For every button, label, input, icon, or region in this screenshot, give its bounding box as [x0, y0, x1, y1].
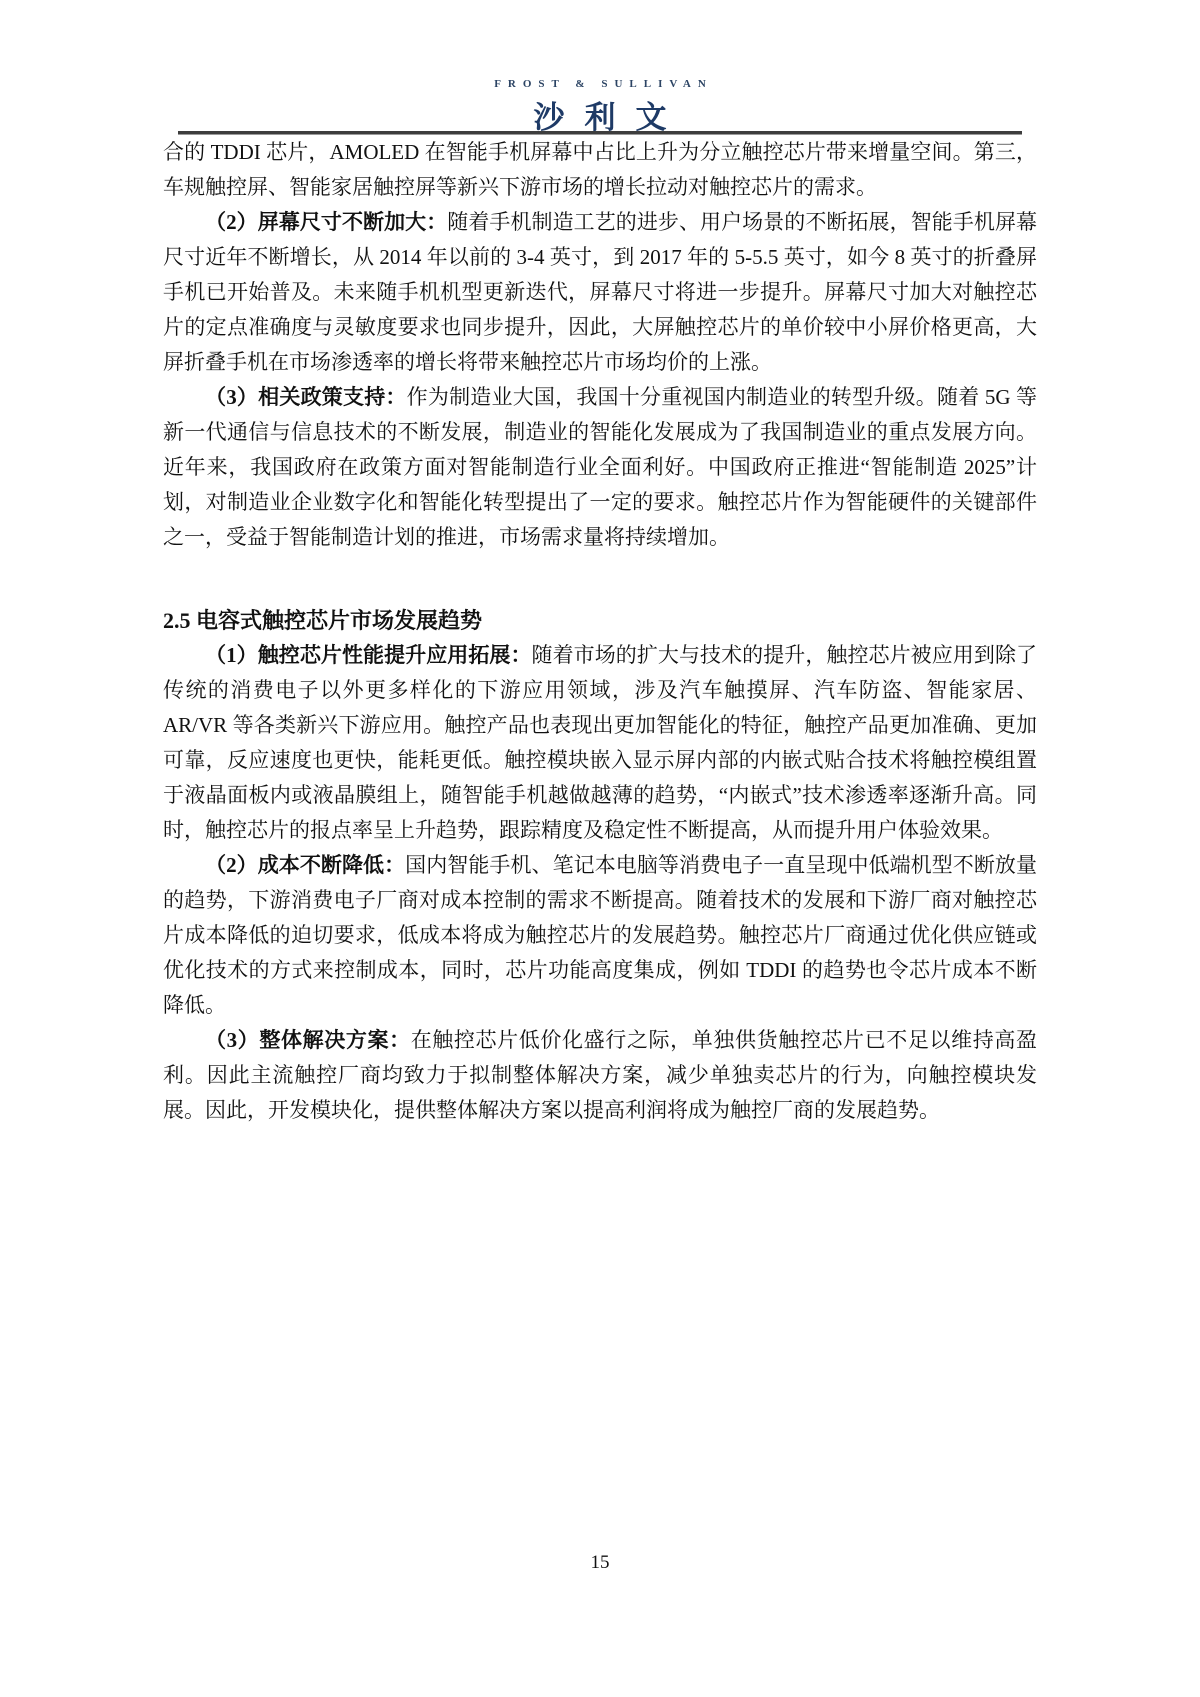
document-body: 合的 TDDI 芯片，AMOLED 在智能手机屏幕中占比上升为分立触控芯片带来增…	[163, 135, 1037, 1128]
paragraph-continuation: 合的 TDDI 芯片，AMOLED 在智能手机屏幕中占比上升为分立触控芯片带来增…	[163, 135, 1037, 205]
paragraph-policy-support-lead: （3）相关政策支持：	[205, 385, 407, 409]
paragraph-continuation-text: 合的 TDDI 芯片，AMOLED 在智能手机屏幕中占比上升为分立触控芯片带来增…	[163, 140, 1037, 199]
paragraph-performance-expansion-lead: （1）触控芯片性能提升应用拓展：	[205, 643, 532, 667]
paragraph-total-solution-lead: （3）整体解决方案：	[205, 1028, 411, 1052]
page-footer: 15	[0, 1552, 1200, 1574]
paragraph-screen-size: （2）屏幕尺寸不断加大：随着手机制造工艺的进步、用户场景的不断拓展，智能手机屏幕…	[163, 205, 1037, 380]
paragraph-policy-support: （3）相关政策支持：作为制造业大国，我国十分重视国内制造业的转型升级。随着 5G…	[163, 380, 1037, 555]
section-heading: 2.5 电容式触控芯片市场发展趋势	[163, 603, 1037, 638]
paragraph-performance-expansion: （1）触控芯片性能提升应用拓展：随着市场的扩大与技术的提升，触控芯片被应用到除了…	[163, 638, 1037, 848]
paragraph-cost-reduction-text: 国内智能手机、笔记本电脑等消费电子一直呈现中低端机型不断放量的趋势，下游消费电子…	[163, 853, 1037, 1017]
paragraph-cost-reduction-lead: （2）成本不断降低：	[205, 853, 405, 877]
document-page: FROST & SULLIVAN 沙利文 合的 TDDI 芯片，AMOLED 在…	[0, 0, 1200, 1697]
paragraph-policy-support-text: 作为制造业大国，我国十分重视国内制造业的转型升级。随着 5G 等新一代通信与信息…	[163, 385, 1037, 549]
paragraph-screen-size-lead: （2）屏幕尺寸不断加大：	[205, 210, 447, 234]
paragraph-cost-reduction: （2）成本不断降低：国内智能手机、笔记本电脑等消费电子一直呈现中低端机型不断放量…	[163, 848, 1037, 1023]
page-number: 15	[591, 1552, 610, 1573]
paragraph-screen-size-text: 随着手机制造工艺的进步、用户场景的不断拓展，智能手机屏幕尺寸近年不断增长，从 2…	[163, 210, 1037, 374]
frost-sullivan-logo: FROST & SULLIVAN 沙利文	[0, 78, 1200, 137]
logo-english-text: FROST & SULLIVAN	[0, 78, 1200, 90]
paragraph-total-solution: （3）整体解决方案：在触控芯片低价化盛行之际，单独供货触控芯片已不足以维持高盈利…	[163, 1023, 1037, 1128]
paragraph-performance-expansion-text: 随着市场的扩大与技术的提升，触控芯片被应用到除了传统的消费电子以外更多样化的下游…	[163, 643, 1037, 842]
